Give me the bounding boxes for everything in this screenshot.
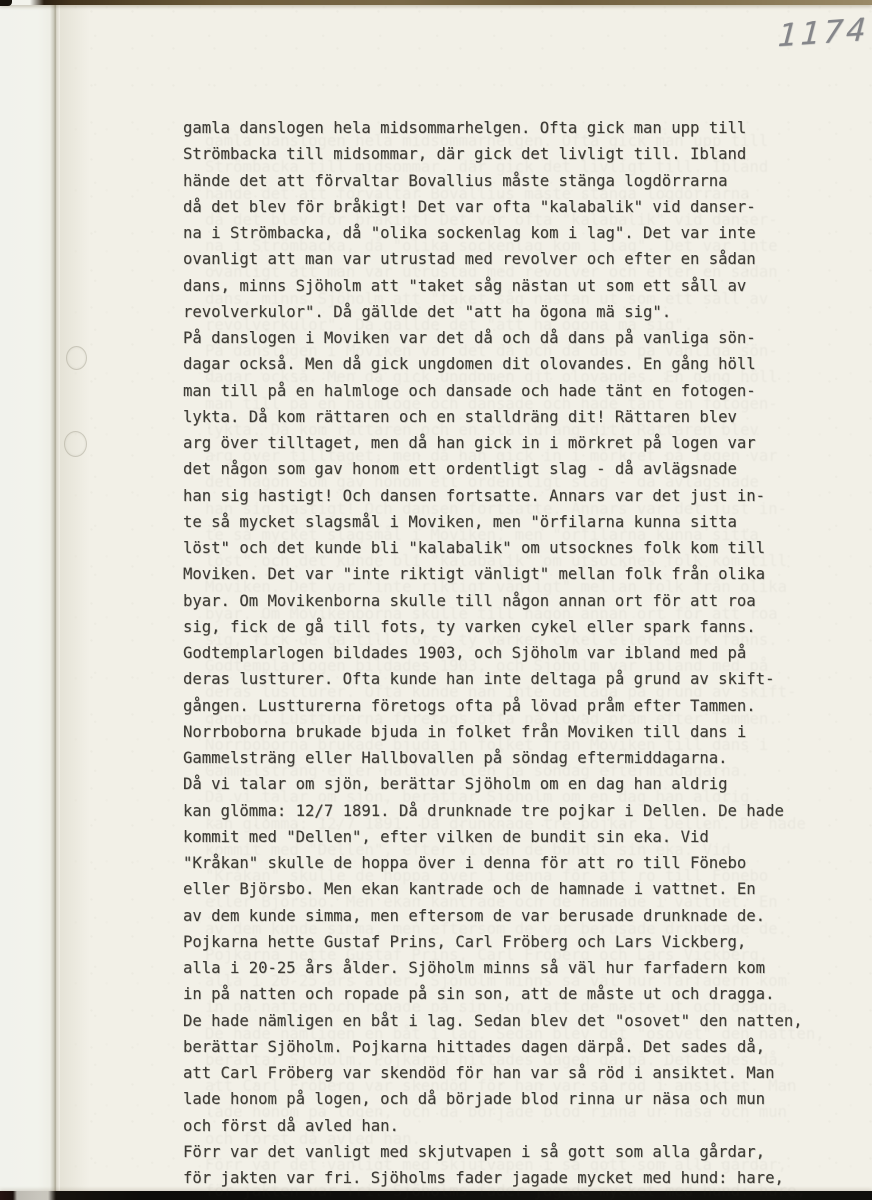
text-line: av dem kunde simma, men eftersom de var … bbox=[183, 903, 843, 929]
bottom-scan-edge bbox=[0, 1191, 872, 1200]
text-line: hände det att förvaltar Bovallius måste … bbox=[183, 168, 843, 194]
handwritten-page-number: 1174 bbox=[777, 13, 870, 54]
text-line: lykta. Då kom rättaren och en stalldräng… bbox=[183, 404, 843, 430]
text-line: han sig hastigt! Och dansen fortsatte. A… bbox=[183, 483, 843, 509]
text-line: löst" och det kunde bli "kalabalik" om u… bbox=[183, 535, 843, 561]
text-line: Moviken. Det var "inte riktigt vänligt" … bbox=[183, 561, 843, 587]
text-line: De hade nämligen en båt i lag. Sedan ble… bbox=[183, 1008, 843, 1034]
text-line: alla i 20-25 års ålder. Sjöholm minns så… bbox=[183, 955, 843, 981]
scanned-page: 1174 gamla danslogen hela midsommarhelge… bbox=[0, 0, 872, 1200]
text-line: Förr var det vanligt med skjutvapen i så… bbox=[183, 1139, 843, 1165]
text-line: gången. Lustturerna företogs ofta på löv… bbox=[183, 693, 843, 719]
text-line: Norrboborna brukade bjuda in folket från… bbox=[183, 719, 843, 745]
text-line: Pojkarna hette Gustaf Prins, Carl Fröber… bbox=[183, 929, 843, 955]
text-line: in på natten och ropade på sin son, att … bbox=[183, 981, 843, 1007]
text-line: dans, minns Sjöholm att "taket såg nästa… bbox=[183, 273, 843, 299]
text-line: Godtemplarlogen bildades 1903, och Sjöho… bbox=[183, 640, 843, 666]
text-line: Gammelsträng eller Hallbovallen på sönda… bbox=[183, 745, 843, 771]
text-line: kommit med "Dellen", efter vilken de bun… bbox=[183, 824, 843, 850]
text-line: kan glömma: 12/7 1891. Då drunknade tre … bbox=[183, 798, 843, 824]
text-line: då det blev för bråkigt! Det var ofta "k… bbox=[183, 194, 843, 220]
text-line: te så mycket slagsmål i Moviken, men "ör… bbox=[183, 509, 843, 535]
text-line: det någon som gav honom ett ordentligt s… bbox=[183, 456, 843, 482]
typewritten-text: gamla danslogen hela midsommarhelgen. Of… bbox=[183, 115, 843, 1191]
binding-crease bbox=[50, 0, 60, 1200]
top-scan-edge bbox=[0, 0, 872, 5]
text-line: arg över tilltaget, men då han gick in i… bbox=[183, 430, 843, 456]
text-line: Då vi talar om sjön, berättar Sjöholm om… bbox=[183, 771, 843, 797]
text-line: På danslogen i Moviken var det då och då… bbox=[183, 325, 843, 351]
text-line: gamla danslogen hela midsommarhelgen. Of… bbox=[183, 115, 843, 141]
text-line: dagar också. Men då gick ungdomen dit ol… bbox=[183, 351, 843, 377]
text-line: Strömbacka till midsommar, där gick det … bbox=[183, 141, 843, 167]
adjacent-page-edge bbox=[0, 0, 54, 1200]
text-line: att Carl Fröberg var skendöd för han var… bbox=[183, 1060, 843, 1086]
text-line: revolverkulor". Då gällde det "att ha ög… bbox=[183, 299, 843, 325]
text-line: och först då avled han. bbox=[183, 1113, 843, 1139]
text-line: na i Strömbacka, då "olika sockenlag kom… bbox=[183, 220, 843, 246]
text-line: lade honom på logen, och då började blod… bbox=[183, 1086, 843, 1112]
text-line: "Kråkan" skulle de hoppa över i denna fö… bbox=[183, 850, 843, 876]
text-line: man till på en halmloge och dansade och … bbox=[183, 378, 843, 404]
text-line: berättar Sjöholm. Pojkarna hittades dage… bbox=[183, 1034, 843, 1060]
text-line: deras lustturer. Ofta kunde han inte del… bbox=[183, 666, 843, 692]
top-left-corner-mark bbox=[0, 0, 12, 6]
text-line: för jakten var fri. Sjöholms fader jagad… bbox=[183, 1165, 843, 1191]
text-line: sig, fick de gå till fots, ty varken cyk… bbox=[183, 614, 843, 640]
embossed-ring-mark bbox=[66, 346, 87, 370]
text-line: ovanligt att man var utrustad med revolv… bbox=[183, 246, 843, 272]
text-line: eller Björsbo. Men ekan kantrade och de … bbox=[183, 876, 843, 902]
text-line: byar. Om Movikenborna skulle till någon … bbox=[183, 588, 843, 614]
embossed-ring-mark bbox=[64, 431, 87, 457]
binding-crease-shadow bbox=[60, 0, 90, 1200]
